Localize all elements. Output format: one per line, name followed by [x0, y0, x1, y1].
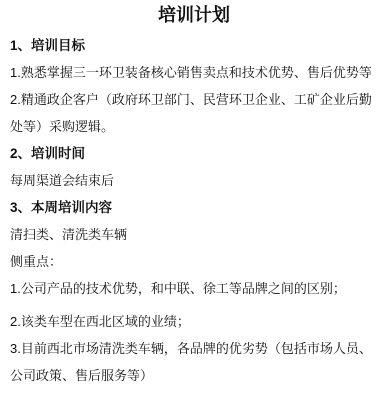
section-heading-content: 3、本周培训内容 [10, 194, 378, 221]
paragraph-focus-1: 1.公司产品的技术优势，和中联、徐工等品牌之间的区别； [10, 275, 378, 302]
paragraph-focus-2: 2.该类车型在西北区域的业绩； [10, 308, 378, 335]
section-weekly-training-content: 3、本周培训内容 清扫类、清洗类车辆 侧重点： 1.公司产品的技术优势，和中联、… [10, 194, 378, 389]
paragraph-vehicle-types: 清扫类、清洗类车辆 [10, 221, 378, 248]
section-training-time: 2、培训时间 每周渠道会结束后 [10, 140, 378, 194]
paragraph-objective-1: 1.熟悉掌握三一环卫装备核心销售卖点和技术优势、售后优势等 [10, 59, 378, 86]
section-heading-time: 2、培训时间 [10, 140, 378, 167]
paragraph-time: 每周渠道会结束后 [10, 167, 378, 194]
paragraph-objective-2: 2.精通政企客户（政府环卫部门、民营环卫企业、工矿企业后勤 处等）采购逻辑。 [10, 86, 378, 140]
paragraph-focus-label: 侧重点： [10, 248, 378, 275]
training-plan-document: 培训计划 1、培训目标 1.熟悉掌握三一环卫装备核心销售卖点和技术优势、售后优势… [0, 0, 388, 404]
section-training-objectives: 1、培训目标 1.熟悉掌握三一环卫装备核心销售卖点和技术优势、售后优势等 2.精… [10, 32, 378, 140]
page-title: 培训计划 [10, 4, 378, 26]
section-heading-objectives: 1、培训目标 [10, 32, 378, 59]
paragraph-focus-3: 3.目前西北市场清洗类车辆，各品牌的优劣势（包括市场人员、 公司政策、售后服务等… [10, 335, 378, 389]
